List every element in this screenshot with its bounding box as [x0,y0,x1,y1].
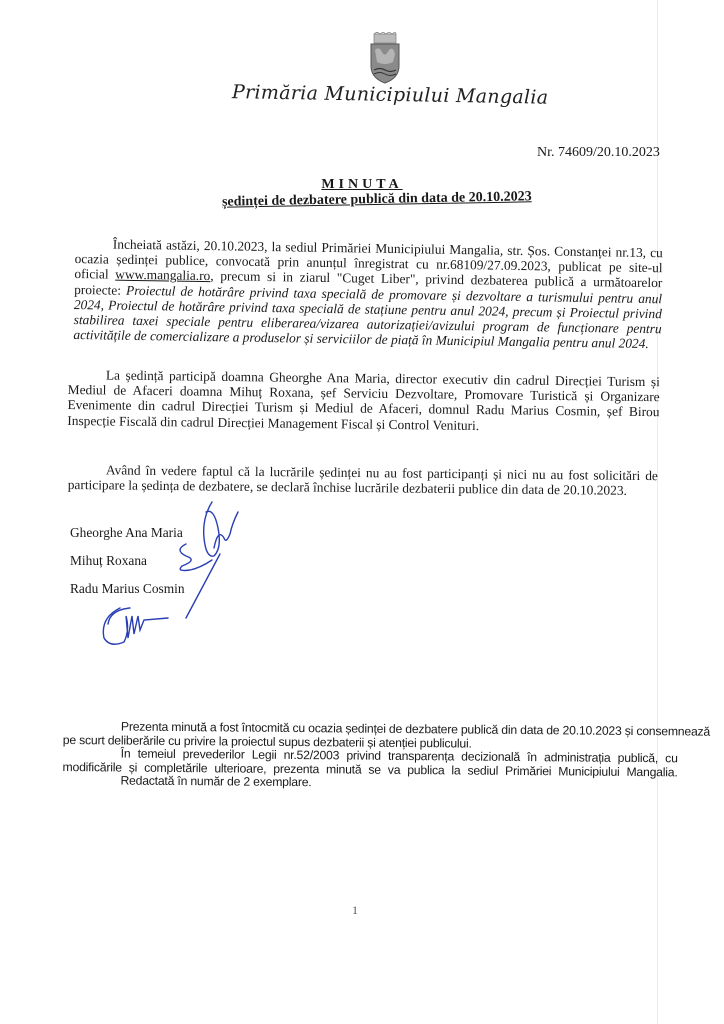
document-page: Primăria Municipiului Mangalia Nr. 74609… [0,0,724,1024]
website-link[interactable]: www.mangalia.ro [115,267,210,283]
paragraph-participants: La ședință participă doamna Gheorghe Ana… [67,367,660,435]
document-number: Nr. 74609/20.10.2023 [537,145,660,161]
text-line: Redactată în număr de 2 exemplare. [120,774,311,790]
page-number: 1 [352,903,358,918]
text-line: oficial [74,266,115,282]
coat-of-arms-icon [369,32,401,84]
institution-letterhead: Primăria Municipiului Mangalia [232,81,562,109]
document-title: MINUTA [0,177,724,193]
paragraph-conclusion: Având în vedere faptul că la lucrările ș… [68,462,658,499]
text-line: proiecte: [74,282,126,298]
handwritten-signatures-icon [90,498,270,668]
footer-notes: Prezenta minută a fost întocmită cu ocaz… [62,720,678,793]
paragraph-intro: Încheiată astăzi, 20.10.2023, la sediul … [73,236,663,352]
